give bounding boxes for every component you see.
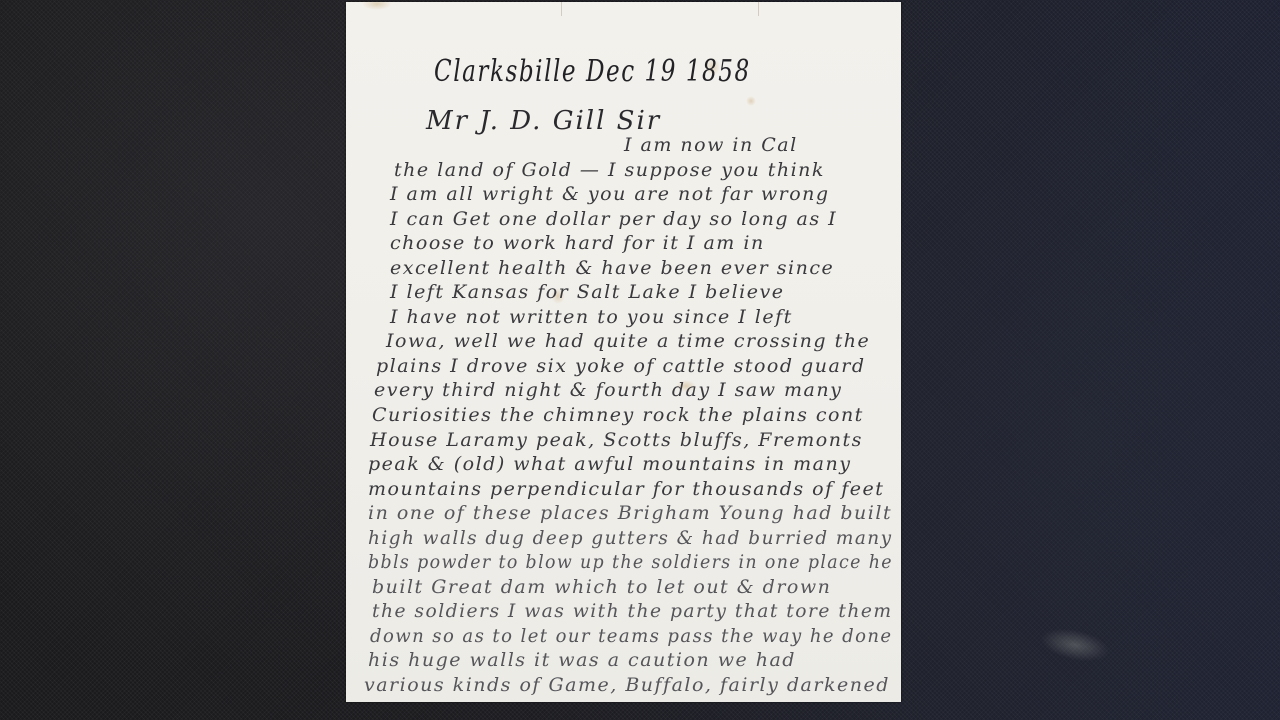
paper-stain <box>746 96 756 106</box>
letter-line: excellent health & have been ever since <box>390 257 834 279</box>
letter-line: down so as to let our teams pass the way… <box>370 625 892 647</box>
letter-line: Curiosities the chimney rock the plains … <box>372 404 864 426</box>
letter-line: I am all wright & you are not far wrong <box>390 183 830 205</box>
letter-line: House Laramy peak, Scotts bluffs, Fremon… <box>370 429 863 451</box>
paper-fold-mark <box>758 2 759 16</box>
letter-line: Iowa, well we had quite a time crossing … <box>386 330 870 352</box>
letter-line: his huge walls it was a caution we had <box>368 649 796 671</box>
letter-line: the land of Gold — I suppose you think <box>394 159 825 181</box>
paper-fold-mark <box>561 2 562 16</box>
letter-heading: Clarksbille Dec 19 1858 <box>434 54 751 89</box>
letter-line: built Great dam which to let out & drown <box>372 576 831 598</box>
letter-line: high walls dug deep gutters & had burrie… <box>368 527 893 549</box>
letter-line: various kinds of Game, Buffalo, fairly d… <box>364 674 890 696</box>
letter-line: every third night & fourth day I saw man… <box>374 379 842 401</box>
letter-line: I am now in Cal <box>624 134 798 156</box>
letter-line: I left Kansas for Salt Lake I believe <box>390 281 784 303</box>
letter-line: bbls powder to blow up the soldiers in o… <box>368 551 893 573</box>
letter-line: in one of these places Brigham Young had… <box>368 502 892 524</box>
letter-line: peak & (old) what awful mountains in man… <box>368 453 851 475</box>
letter-page: Clarksbille Dec 19 1858 Mr J. D. Gill Si… <box>346 2 901 702</box>
letter-line: mountains perpendicular for thousands of… <box>368 478 884 500</box>
letter-line: plains I drove six yoke of cattle stood … <box>376 355 866 377</box>
paper-stain <box>362 2 392 10</box>
letter-line: choose to work hard for it I am in <box>390 232 765 254</box>
letter-line: the soldiers I was with the party that t… <box>372 600 893 622</box>
letter-line: I have not written to you since I left <box>390 306 793 328</box>
letter-salutation: Mr J. D. Gill Sir <box>426 106 661 136</box>
letter-line: I can Get one dollar per day so long as … <box>390 208 837 230</box>
